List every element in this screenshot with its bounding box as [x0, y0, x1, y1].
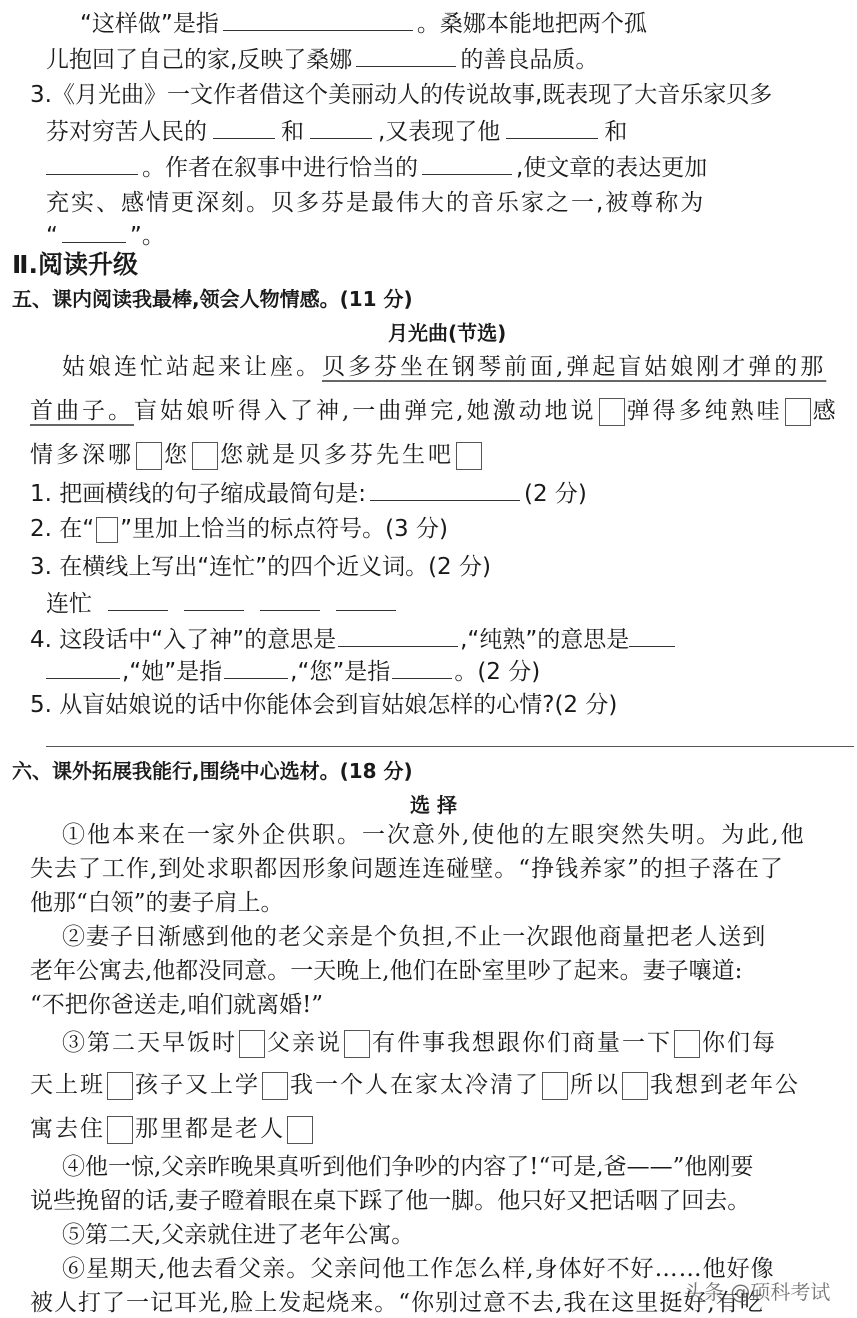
text: ,使文章的表达更加	[516, 155, 707, 181]
part5-para-line2: 首曲子。盲姑娘听得入了神,一曲弹完,她激动地说弹得多纯熟哇感	[30, 396, 839, 426]
part5-question-3: 3. 在横线上写出“连忙”的四个近义词。(2 分)	[30, 552, 491, 582]
p4-line2: 说些挽留的话,妻子瞪着眼在桌下踩了他一脚。他只好又把话咽了回去。	[30, 1186, 750, 1216]
text: 您	[164, 442, 190, 468]
text: 和	[281, 119, 304, 145]
text: 和	[604, 119, 627, 145]
text: “这样做”是指	[80, 11, 219, 37]
punctuation-box[interactable]	[107, 1116, 133, 1144]
part5-heading: 五、课内阅读我最棒,领会人物情感。(11 分)	[12, 284, 413, 314]
punctuation-box[interactable]	[262, 1072, 288, 1100]
punctuation-box[interactable]	[96, 517, 118, 543]
text: 我想到老年公	[650, 1072, 800, 1098]
answer-blank[interactable]	[62, 220, 126, 243]
text: 你们每	[702, 1030, 777, 1056]
q3-line1: 3.《月光曲》一文作者借这个美丽动人的传说故事,既表现了大音乐家贝多	[30, 80, 772, 110]
text: 我一个人在家太冷清了	[290, 1072, 540, 1098]
p3-line3: 寓去住那里都是老人	[30, 1114, 315, 1144]
answer-blank[interactable]	[310, 116, 372, 139]
part5-question-5: 5. 从盲姑娘说的话中你能体会到盲姑娘怎样的心情?(2 分)	[30, 690, 617, 720]
text: 父亲说	[267, 1030, 342, 1056]
text: ”。	[130, 223, 165, 249]
punctuation-box[interactable]	[287, 1116, 313, 1144]
section-title: Ⅱ.阅读升级	[12, 250, 138, 280]
q3-line4: 充实、感情更深刻。贝多芬是最伟大的音乐家之一,被尊称为	[46, 188, 705, 218]
text: 的善良品质。	[460, 47, 598, 73]
answer-blank[interactable]	[370, 478, 520, 501]
text: ③第二天早饭时	[62, 1030, 237, 1056]
text: (2 分)	[524, 481, 587, 507]
answer-blank[interactable]	[629, 624, 675, 647]
punctuation-box[interactable]	[542, 1072, 568, 1100]
punctuation-box[interactable]	[674, 1030, 700, 1058]
text: 4. 这段话中“入了神”的意思是	[30, 627, 336, 653]
p3-line2: 天上班孩子又上学我一个人在家太冷清了所以我想到老年公	[30, 1070, 800, 1100]
answer-blank[interactable]	[338, 624, 458, 647]
part5-passage-title: 月光曲(节选)	[388, 318, 506, 348]
part5-question-1: 1. 把画横线的句子缩成最简句是:(2 分)	[30, 478, 587, 509]
q2-line2: 儿抱回了自己的家,反映了桑娜的善良品质。	[46, 44, 598, 75]
underlined-sentence: 贝多芬坐在钢琴前面,弹起盲姑娘刚才弹的那	[322, 354, 826, 380]
p2-line2: 老年公寓去,他都没同意。一天晚上,他们在卧室里吵了起来。妻子嚷道:	[30, 956, 742, 986]
text: 弹得多纯熟哇	[627, 398, 783, 424]
p3-line1: ③第二天早饭时父亲说有件事我想跟你们商量一下你们每	[62, 1028, 777, 1058]
p5-line1: ⑤第二天,父亲就住进了老年公寓。	[62, 1220, 414, 1250]
punctuation-box[interactable]	[239, 1030, 265, 1058]
text: 孩子又上学	[135, 1072, 260, 1098]
text: 2. 在“	[30, 516, 94, 542]
text: 。作者在叙事中进行恰当的	[142, 155, 418, 181]
text: 连忙	[46, 591, 92, 617]
answer-blank[interactable]	[108, 588, 168, 611]
p2-line3: “不把你爸送走,咱们就离婚!”	[30, 990, 323, 1020]
p6-line1: ⑥星期天,他去看父亲。父亲问他工作怎么样,身体好不好……他好像	[62, 1254, 775, 1284]
text: ,又表现了他	[378, 119, 500, 145]
punctuation-box[interactable]	[599, 398, 625, 426]
answer-blank[interactable]	[46, 152, 138, 175]
punctuation-box[interactable]	[192, 442, 218, 470]
part5-question-2: 2. 在“”里加上恰当的标点符号。(3 分)	[30, 514, 448, 544]
text: “	[46, 223, 58, 249]
part5-question-4-cont: ,“她”是指,“您”是指。(2 分)	[46, 656, 540, 687]
text: 寓去住	[30, 1116, 105, 1142]
text: 所以	[570, 1072, 620, 1098]
text: 天上班	[30, 1072, 105, 1098]
text: 盲姑娘听得入了神,一曲弹完,她激动地说	[134, 398, 597, 424]
q3-line2: 芬对穷苦人民的和,又表现了他和	[46, 116, 627, 147]
q3-line3: 。作者在叙事中进行恰当的,使文章的表达更加	[46, 152, 707, 183]
answer-blank[interactable]	[184, 588, 244, 611]
p1-line1: ①他本来在一家外企供职。一次意外,使他的左眼突然失明。为此,他	[62, 820, 806, 850]
punctuation-box[interactable]	[344, 1030, 370, 1058]
text: ,“您”是指	[290, 659, 390, 685]
p1-line2: 失去了工作,到处求职都因形象问题连连碰壁。“挣钱养家”的担子落在了	[30, 854, 784, 884]
text: 1. 把画横线的句子缩成最简句是:	[30, 481, 366, 507]
text: 您就是贝多芬先生吧	[220, 442, 454, 468]
text: 有件事我想跟你们商量一下	[372, 1030, 672, 1056]
part5-question-3-answers: 连忙	[46, 588, 396, 619]
text: 情多深哪	[30, 442, 134, 468]
text: ,“她”是指	[122, 659, 222, 685]
p2-line1: ②妻子日渐感到他的老父亲是个负担,不止一次跟他商量把老人送到	[62, 922, 766, 952]
punctuation-box[interactable]	[136, 442, 162, 470]
q2-line1: “这样做”是指。桑娜本能地把两个孤	[80, 8, 647, 39]
answer-blank[interactable]	[213, 116, 275, 139]
text: ,“纯熟”的意思是	[460, 627, 629, 653]
text: 芬对穷苦人民的	[46, 119, 207, 145]
q3-line5: “”。	[46, 220, 165, 251]
answer-blank[interactable]	[224, 656, 288, 679]
part5-question-4: 4. 这段话中“入了神”的意思是,“纯熟”的意思是	[30, 624, 675, 655]
answer-blank[interactable]	[392, 656, 452, 679]
text: 感	[813, 398, 839, 424]
underlined-sentence: 首曲子。	[30, 398, 134, 424]
answer-blank[interactable]	[356, 44, 456, 67]
punctuation-box[interactable]	[785, 398, 811, 426]
text: ”里加上恰当的标点符号。(3 分)	[120, 516, 448, 542]
p6-line2: 被人打了一记耳光,脸上发起烧来。“你别过意不去,我在这里挺好,有吃	[30, 1288, 764, 1318]
punctuation-box[interactable]	[622, 1072, 648, 1100]
watermark: 头条 @硕科考试	[684, 1276, 830, 1305]
text: 那里都是老人	[135, 1116, 285, 1142]
answer-blank[interactable]	[336, 588, 396, 611]
answer-blank[interactable]	[422, 152, 512, 175]
answer-line[interactable]	[46, 746, 854, 747]
answer-blank[interactable]	[223, 8, 413, 31]
punctuation-box[interactable]	[456, 442, 482, 470]
punctuation-box[interactable]	[107, 1072, 133, 1100]
text: 儿抱回了自己的家,反映了桑娜	[46, 47, 352, 73]
part6-heading: 六、课外拓展我能行,围绕中心选材。(18 分)	[12, 756, 413, 786]
answer-blank[interactable]	[46, 656, 120, 679]
answer-blank[interactable]	[260, 588, 320, 611]
part6-passage-title: 选 择	[410, 790, 457, 820]
text: 。桑娜本能地把两个孤	[417, 11, 647, 37]
text: 。(2 分)	[454, 659, 540, 685]
answer-blank[interactable]	[506, 116, 598, 139]
text: 姑娘连忙站起来让座。	[62, 354, 322, 380]
p4-line1: ④他一惊,父亲昨晚果真听到他们争吵的内容了!“可是,爸——”他刚要	[62, 1152, 753, 1182]
p1-line3: 他那“白领”的妻子肩上。	[30, 888, 284, 918]
part5-para-line1: 姑娘连忙站起来让座。贝多芬坐在钢琴前面,弹起盲姑娘刚才弹的那	[62, 352, 826, 382]
part5-para-line3: 情多深哪您您就是贝多芬先生吧	[30, 440, 484, 470]
